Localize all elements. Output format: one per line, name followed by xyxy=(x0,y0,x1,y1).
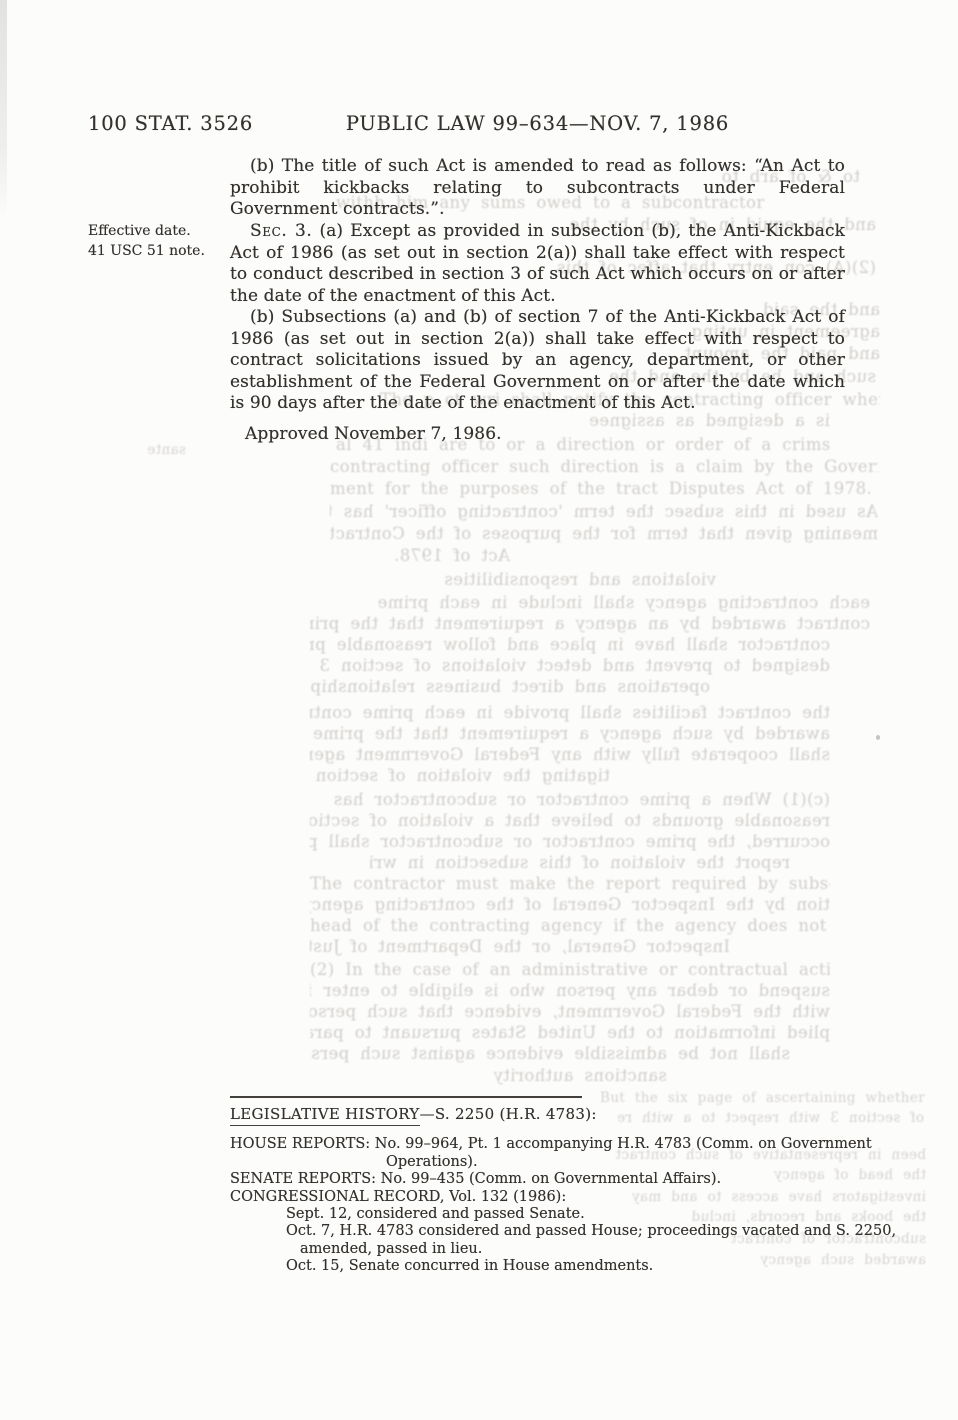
ghost-bleedthrough-line: sante xyxy=(56,442,186,458)
legislative-history-rule xyxy=(230,1096,582,1098)
ghost-bleedthrough-line: ment for the purposes of the tract Dispu… xyxy=(330,479,878,498)
ghost-bleedthrough-line: contract awarded by an agency a requirem… xyxy=(310,614,870,633)
ghost-bleedthrough-line: head of the contracting agency if the ag… xyxy=(310,916,830,935)
ghost-bleedthrough-line: shall cooperate fully with any Federal G… xyxy=(310,745,830,764)
scan-speck xyxy=(876,735,880,740)
ghost-bleedthrough-line: operations and direct business relations… xyxy=(310,677,710,696)
ghost-bleedthrough-line: shall not be admissible evidence against… xyxy=(310,1044,790,1063)
sec3-a-text: (a) Except as provided in subsection (b)… xyxy=(230,221,845,306)
legislative-history-line: Oct. 15, Senate concurred in House amend… xyxy=(230,1258,854,1275)
statute-page: to & of arb towithh him any sums owed to… xyxy=(0,0,958,1420)
ghost-bleedthrough-line: occurred, the prime contractor or subcon… xyxy=(310,832,830,851)
margin-note-line: Effective date. xyxy=(88,222,226,242)
ghost-bleedthrough-line: Inspector General, or the Department of … xyxy=(310,937,730,956)
ghost-bleedthrough-line: The contractor must make the report requ… xyxy=(310,874,830,893)
ghost-bleedthrough-line: each contracting agency shall include in… xyxy=(310,593,870,612)
legislative-history-line: Oct. 7, H.R. 4783 considered and passed … xyxy=(230,1223,854,1240)
ghost-bleedthrough-line: suspend or debar any person who is eligi… xyxy=(310,981,830,1000)
paragraph-sec3-b: (b) Subsections (a) and (b) of section 7… xyxy=(230,307,845,415)
legislative-history-entries: HOUSE REPORTS: No. 99–964, Pt. 1 accompa… xyxy=(230,1136,854,1275)
sec3-label: Sec. 3. xyxy=(250,221,312,241)
ghost-bleedthrough-line: plied information to the United States p… xyxy=(310,1023,830,1042)
ghost-bleedthrough-line: tion by the Inspector General of the con… xyxy=(310,895,830,914)
ghost-bleedthrough-line: reasonable grounds to believe that a vio… xyxy=(310,811,830,830)
scan-edge-shadow xyxy=(0,0,7,220)
legislative-history-line: SENATE REPORTS: No. 99–435 (Comm. on Gov… xyxy=(230,1171,854,1188)
ghost-bleedthrough-line: sanctions authority xyxy=(430,1066,730,1085)
ghost-bleedthrough-line: awarded by such agency a requirement tha… xyxy=(310,724,830,743)
ghost-bleedthrough-line: report the violation of this subsection … xyxy=(370,853,790,872)
ghost-bleedthrough-line: violations and responsibilities xyxy=(400,570,760,589)
stat-page-number: 100 STAT. 3526 xyxy=(88,112,253,135)
legislative-history-title: LEGISLATIVE HISTORY xyxy=(230,1105,420,1126)
ghost-bleedthrough-line: contractor shall have in place and follo… xyxy=(310,635,830,654)
legislative-history-heading: LEGISLATIVE HISTORY—S. 2250 (H.R. 4783): xyxy=(230,1106,854,1123)
legislative-history-line: HOUSE REPORTS: No. 99–964, Pt. 1 accompa… xyxy=(230,1136,854,1153)
legislative-history-line: Sept. 12, considered and passed Senate. xyxy=(230,1206,854,1223)
approved-line: Approved November 7, 1986. xyxy=(230,424,845,446)
margin-note-effective-date: Effective date.41 USC 51 note. xyxy=(88,222,226,261)
ghost-bleedthrough-line: designed to prevent and detect violation… xyxy=(310,656,830,675)
ghost-bleedthrough-line: contracting officer such direction is a … xyxy=(330,457,878,476)
margin-note-line: 41 USC 51 note. xyxy=(88,242,226,262)
legislative-history-line: Operations). xyxy=(230,1154,854,1171)
ghost-bleedthrough-line: tigating the violation of section 3 xyxy=(310,766,610,785)
ghost-bleedthrough-line: the contract facilities shall provide in… xyxy=(310,703,830,722)
ghost-bleedthrough-line: As used in this subsec the term 'contrac… xyxy=(330,502,878,521)
legislative-history-line: amended, passed in lieu. xyxy=(230,1241,854,1258)
ghost-bleedthrough-line: (2) In the case of an administrative or … xyxy=(310,960,830,979)
ghost-bleedthrough-line: Act of 1978. xyxy=(330,546,510,565)
paragraph-sec3-a: Sec. 3. (a) Except as provided in subsec… xyxy=(230,221,845,307)
legislative-history-block: LEGISLATIVE HISTORY—S. 2250 (H.R. 4783):… xyxy=(230,1096,854,1276)
law-title-header: PUBLIC LAW 99–634—NOV. 7, 1986 xyxy=(230,112,845,135)
ghost-bleedthrough-line: (c)(1) When a prime contractor or subcon… xyxy=(310,790,830,809)
ghost-bleedthrough-line: meaning given that term for the purposes… xyxy=(330,524,878,543)
legislative-history-bill-refs: —S. 2250 (H.R. 4783): xyxy=(420,1105,597,1123)
legislative-history-line: CONGRESSIONAL RECORD, Vol. 132 (1986): xyxy=(230,1189,854,1206)
ghost-bleedthrough-line: with the Federal Government, evidence th… xyxy=(310,1002,830,1021)
paragraph-title-amendment: (b) The title of such Act is amended to … xyxy=(230,156,845,221)
